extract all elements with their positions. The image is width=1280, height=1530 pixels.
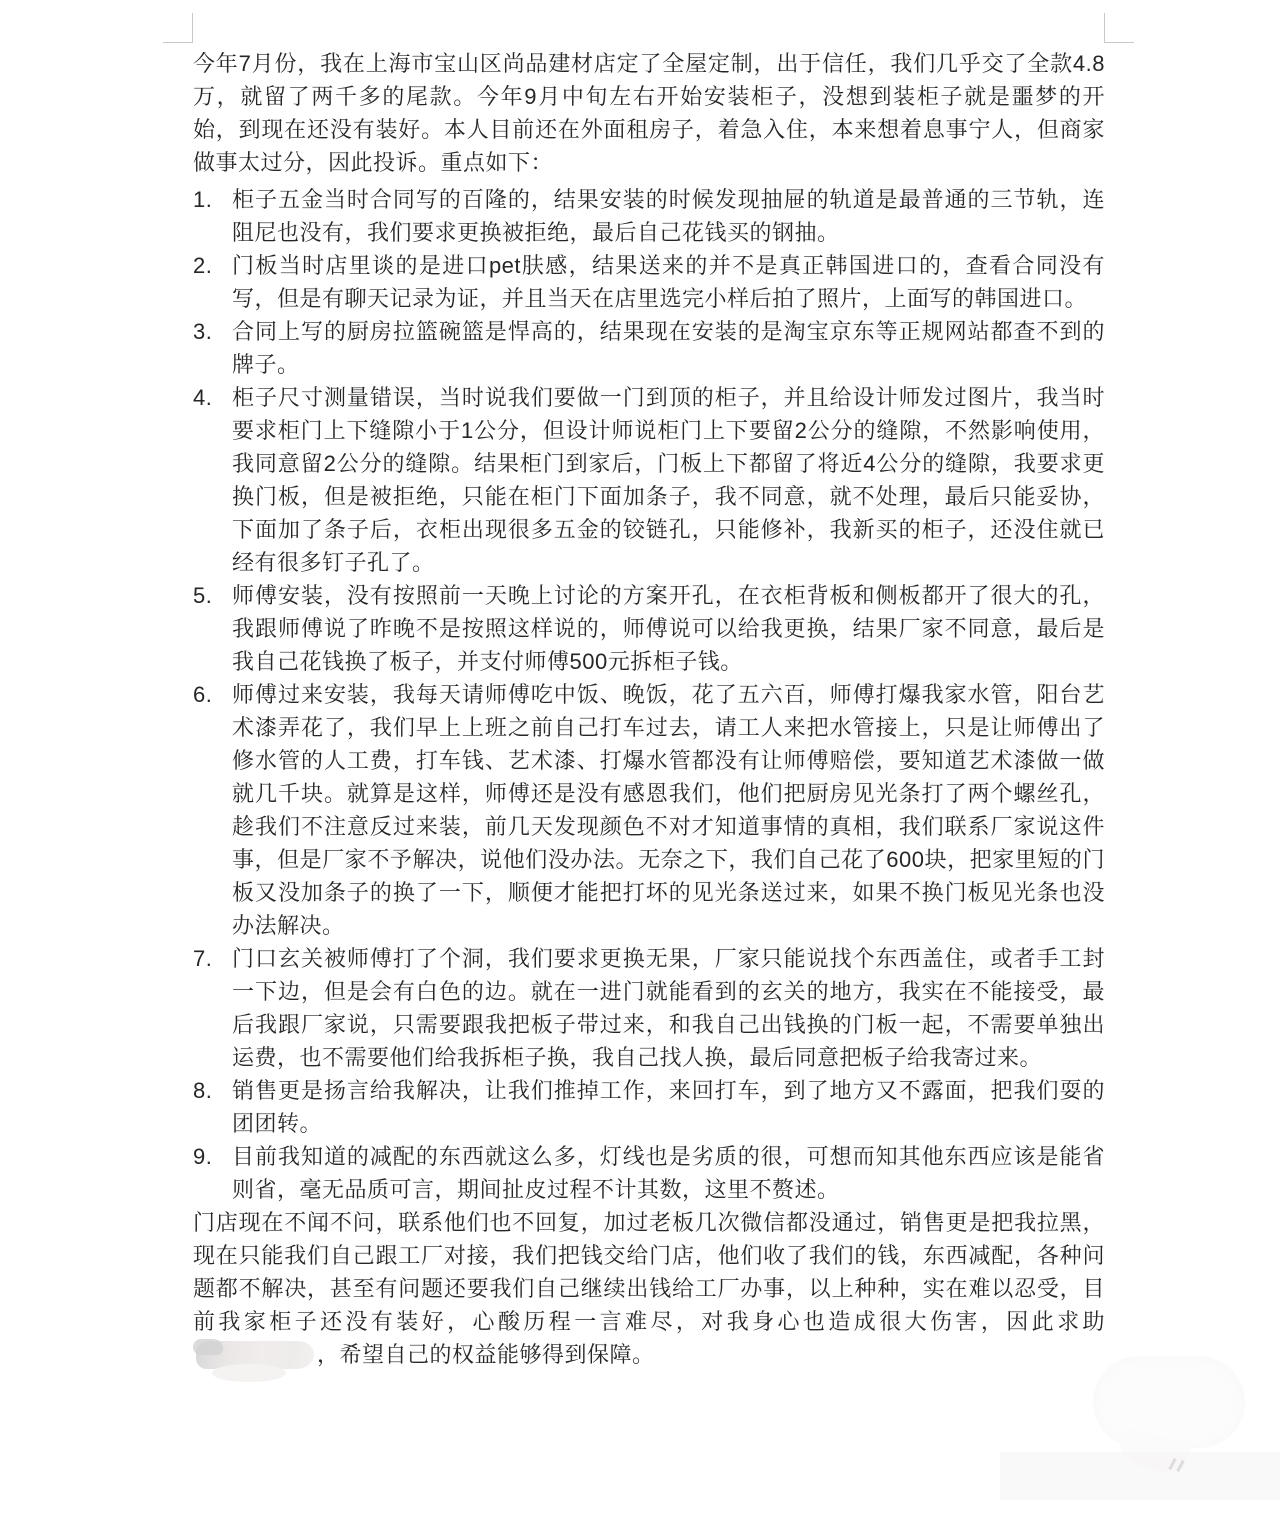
- list-item-text: 师傅安装，没有按照前一天晚上讨论的方案开孔，在衣柜背板和侧板都开了很大的孔，我跟…: [232, 579, 1105, 678]
- list-item: 6.师傅过来安装，我每天请师傅吃中饭、晚饭，花了五六百，师傅打爆我家水管，阳台艺…: [193, 678, 1105, 942]
- list-item-number: 2.: [193, 249, 232, 282]
- list-item-number: 7.: [193, 942, 232, 975]
- text-boundary-mark-top-left: [163, 13, 193, 43]
- list-item-number: 3.: [193, 315, 232, 348]
- list-item-number: 6.: [193, 678, 232, 711]
- list-item-text: 门口玄关被师傅打了个洞，我们要求更换无果，厂家只能说找个东西盖住，或者手工封一下…: [232, 942, 1105, 1074]
- list-item: 1.柜子五金当时合同写的百隆的，结果安装的时候发现抽屉的轨道是最普通的三节轨，连…: [193, 183, 1105, 249]
- list-item: 9.目前我知道的减配的东西就这么多，灯线也是劣质的很，可想而知其他东西应该是能省…: [193, 1140, 1105, 1206]
- faint-smudge-band-artifact: [1000, 1452, 1280, 1500]
- document-content: 今年7月份，我在上海市宝山区尚品建材店定了全屋定制，出于信任，我们几乎交了全款4…: [193, 47, 1105, 1371]
- closing-paragraph: 门店现在不闻不问，联系他们也不回复，加过老板几次微信都没通过，销售更是把我拉黑，…: [193, 1206, 1105, 1371]
- list-item-number: 8.: [193, 1074, 232, 1107]
- list-item: 8.销售更是扬言给我解决，让我们推掉工作，来回打车，到了地方又不露面，把我们耍的…: [193, 1074, 1105, 1140]
- list-item-text: 目前我知道的减配的东西就这么多，灯线也是劣质的很，可想而知其他东西应该是能省则省…: [232, 1140, 1105, 1206]
- list-item-text: 柜子尺寸测量错误，当时说我们要做一门到顶的柜子，并且给设计师发过图片，我当时要求…: [232, 381, 1105, 579]
- list-item: 4.柜子尺寸测量错误，当时说我们要做一门到顶的柜子，并且给设计师发过图片，我当时…: [193, 381, 1105, 579]
- complaint-list: 1.柜子五金当时合同写的百隆的，结果安装的时候发现抽屉的轨道是最普通的三节轨，连…: [193, 183, 1105, 1206]
- list-item: 3.合同上写的厨房拉篮碗篮是悍高的，结果现在安装的是淘宝京东等正规网站都查不到的…: [193, 315, 1105, 381]
- list-item-number: 1.: [193, 183, 232, 216]
- list-item-number: 4.: [193, 381, 232, 414]
- list-item: 7.门口玄关被师傅打了个洞，我们要求更换无果，厂家只能说找个东西盖住，或者手工封…: [193, 942, 1105, 1074]
- list-item-number: 9.: [193, 1140, 232, 1173]
- list-item: 5.师傅安装，没有按照前一天晚上讨论的方案开孔，在衣柜背板和侧板都开了很大的孔，…: [193, 579, 1105, 678]
- list-item-text: 销售更是扬言给我解决，让我们推掉工作，来回打车，到了地方又不露面，把我们耍的团团…: [232, 1074, 1105, 1140]
- closing-text-before-redaction: 门店现在不闻不问，联系他们也不回复，加过老板几次微信都没通过，销售更是把我拉黑，…: [193, 1210, 1105, 1334]
- list-item-text: 师傅过来安装，我每天请师傅吃中饭、晚饭，花了五六百，师傅打爆我家水管，阳台艺术漆…: [232, 678, 1105, 942]
- list-item-number: 5.: [193, 579, 232, 612]
- list-item-text: 门板当时店里谈的是进口pet肤感，结果送来的并不是真正韩国进口的，查看合同没有写…: [232, 249, 1105, 315]
- redaction-scribble: [196, 1341, 314, 1369]
- list-item: 2.门板当时店里谈的是进口pet肤感，结果送来的并不是真正韩国进口的，查看合同没…: [193, 249, 1105, 315]
- list-item-text: 合同上写的厨房拉篮碗篮是悍高的，结果现在安装的是淘宝京东等正规网站都查不到的牌子…: [232, 315, 1105, 381]
- text-boundary-mark-top-right: [1104, 13, 1134, 43]
- document-page: 今年7月份，我在上海市宝山区尚品建材店定了全屋定制，出于信任，我们几乎交了全款4…: [0, 0, 1280, 1530]
- list-item-text: 柜子五金当时合同写的百隆的，结果安装的时候发现抽屉的轨道是最普通的三节轨，连阻尼…: [232, 183, 1105, 249]
- faint-whiteout-pill-artifact: [1095, 1358, 1243, 1446]
- closing-text-after-redaction: ，希望自己的权益能够得到保障。: [317, 1342, 655, 1367]
- intro-paragraph: 今年7月份，我在上海市宝山区尚品建材店定了全屋定制，出于信任，我们几乎交了全款4…: [193, 47, 1105, 179]
